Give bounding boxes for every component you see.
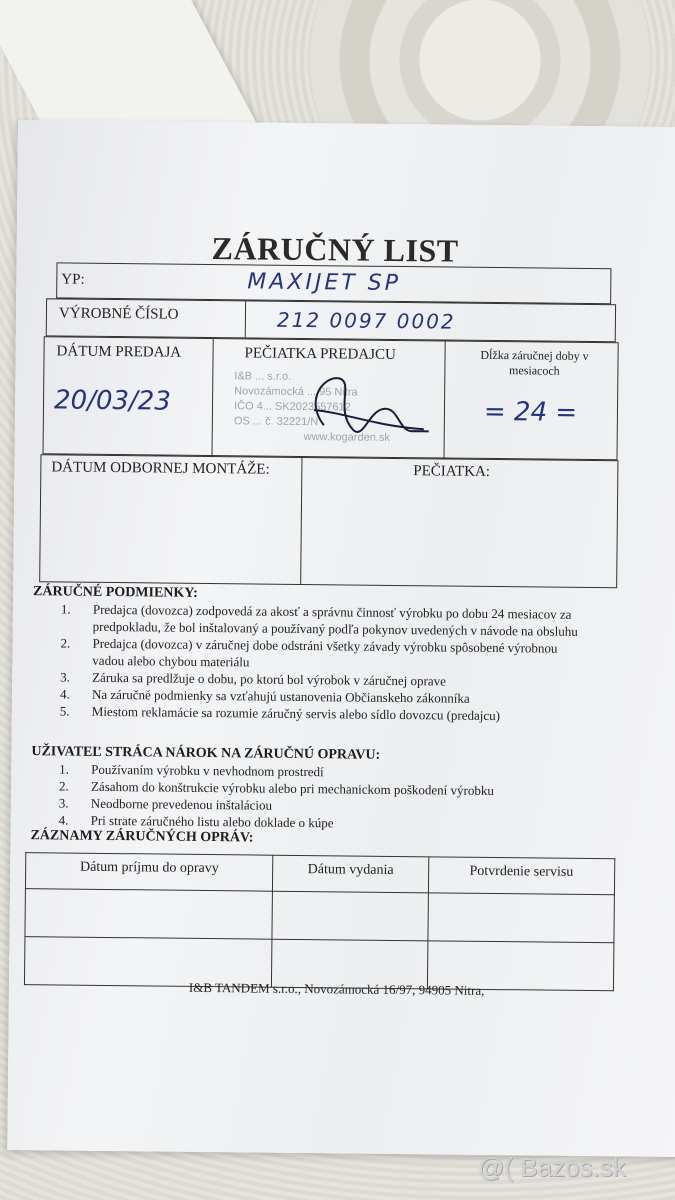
- sale-row: DÁTUM PREDAJA 20/03/23 PEČIATKA PREDAJCU…: [43, 336, 619, 460]
- column-header: Dátum vydania: [273, 855, 429, 893]
- list-item: 2.Predajca (dovozca) v záručnej dobe ods…: [60, 634, 580, 673]
- serial-label: VÝROBNÉ ČÍSLO: [59, 305, 179, 323]
- column-header: Dátum príjmu do opravy: [25, 853, 273, 892]
- seller-stamp-label: PEČIATKA PREDAJCU: [244, 345, 395, 364]
- conditions-list: 1.Predajca (dovozca) zodpovedá za akosť …: [60, 600, 581, 724]
- type-row: YP: MAXIJET SP: [56, 262, 611, 304]
- repairs-heading: ZÁZNAMY ZÁRUČNÝCH OPRÁV:: [30, 828, 253, 846]
- installation-row: DÁTUM ODBORNEJ MONTÁŽE: PEČIATKA:: [39, 454, 618, 588]
- serial-row: VÝROBNÉ ČÍSLO 212 0097 0002: [46, 298, 616, 342]
- signature-icon: [294, 370, 435, 441]
- warranty-length-label: Dĺžka záručnej doby v mesiacoch: [464, 348, 604, 379]
- sale-date-value: 20/03/23: [54, 385, 171, 416]
- serial-value: 212 0097 0002: [277, 308, 456, 334]
- sale-date-label: DÁTUM PREDAJA: [56, 343, 181, 361]
- install-date-label: DÁTUM ODBORNEJ MONTÁŽE:: [51, 459, 269, 478]
- type-value: MAXIJET SP: [247, 269, 401, 296]
- warranty-length-value: = 24 =: [484, 397, 577, 428]
- type-label: YP:: [61, 271, 85, 288]
- table-row: [25, 889, 614, 943]
- company-footer: I&B TANDEM s.r.o., Novozámocká 16/97, 94…: [189, 980, 485, 999]
- stamp-label: PEČIATKA:: [413, 463, 490, 481]
- warranty-card: ZÁRUČNÝ LIST YP: MAXIJET SP VÝROBNÉ ČÍSL…: [7, 120, 675, 1157]
- list-item: 1.Predajca (dovozca) zodpovedá za akosť …: [61, 600, 581, 639]
- conditions-heading: ZÁRUČNÉ PODMIENKY:: [33, 584, 198, 602]
- loss-list: 1.Používaním výrobku v nevhodnom prostre…: [59, 760, 600, 834]
- column-header: Potvrdenie servisu: [428, 857, 615, 895]
- site-watermark: @( Bazos.sk: [478, 1152, 626, 1183]
- repairs-table: Dátum príjmu do opravy Dátum vydania Pot…: [24, 852, 615, 991]
